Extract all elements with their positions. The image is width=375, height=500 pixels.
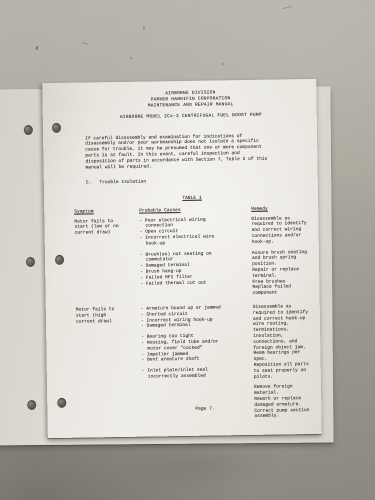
table-row: Motor fails to start (low or no current … [74, 216, 311, 300]
section-heading: C.Trouble Isolation [86, 177, 310, 186]
column-header-probable-causes: Probable Causes [139, 208, 180, 214]
column-header-symptom: Symptom [74, 209, 93, 215]
table-row: Motor fails to start (high current draw)… [76, 304, 314, 423]
surface-stain [120, 440, 280, 490]
table-header-row: Symptom Probable Causes Remedy [74, 206, 310, 216]
page-number: Page 7. [195, 407, 214, 413]
dust-speck [82, 42, 89, 45]
section-label: C. [86, 181, 92, 186]
document-header: AIRBORNE DIVISION PARKER HANNIFIN CORPOR… [72, 89, 308, 110]
symptom-cell: Motor fails to start (low or no current … [74, 219, 127, 300]
document-title: AIRBORNE MODEL 2Cx-3 CENTRIFUGAL FUEL BO… [73, 112, 309, 122]
remedy-group: Disassemble as required to identify and … [251, 216, 310, 246]
cause-group: Brush(es) not seating on commutator Dama… [140, 251, 253, 288]
dust-speck [36, 46, 39, 50]
punch-hole [24, 125, 33, 135]
cause-group: Bearing too tight Housing, field tube an… [141, 333, 253, 364]
remedy-group: Assure brush seating and brush spring po… [252, 250, 312, 297]
dust-speck [283, 6, 292, 9]
punch-hole [27, 400, 36, 410]
causes-cell: Poor electrical wiring connection Open c… [139, 217, 252, 299]
remedy-group: Disassemble as required to identify and … [253, 304, 313, 380]
dust-speck [143, 27, 145, 30]
remedy-cell: Disassemble as required to identify and … [253, 304, 314, 420]
cause-group: Poor electrical wiring connection Open c… [139, 217, 251, 248]
cause-group: Armature bound up or jammed Shorted circ… [141, 305, 253, 330]
remedy-cell: Disassemble as required to identify and … [251, 216, 311, 297]
section-title: Trouble Isolation [99, 180, 146, 186]
table-title: TABLE 1 [74, 194, 310, 204]
intro-paragraph: If careful disassembly and examination f… [85, 133, 270, 171]
photo-of-document: AIRBORNE DIVISION PARKER HANNIFIN CORPOR… [0, 0, 375, 500]
causes-cell: Armature bound up or jammed Shorted circ… [141, 305, 255, 422]
document-page: AIRBORNE DIVISION PARKER HANNIFIN CORPOR… [42, 79, 322, 438]
cause-group: Inlet plate/inlet seal incorrectly assem… [142, 367, 254, 380]
remedy-group: Remove foreign material. Rework or repla… [254, 384, 314, 420]
dust-speck [222, 63, 224, 65]
symptom-cell: Motor fails to start (high current draw) [76, 307, 130, 423]
dust-speck [130, 57, 132, 59]
punch-hole [26, 257, 35, 267]
paper-sheet-front: AIRBORNE DIVISION PARKER HANNIFIN CORPOR… [42, 79, 322, 438]
column-header-remedy: Remedy [251, 207, 268, 213]
